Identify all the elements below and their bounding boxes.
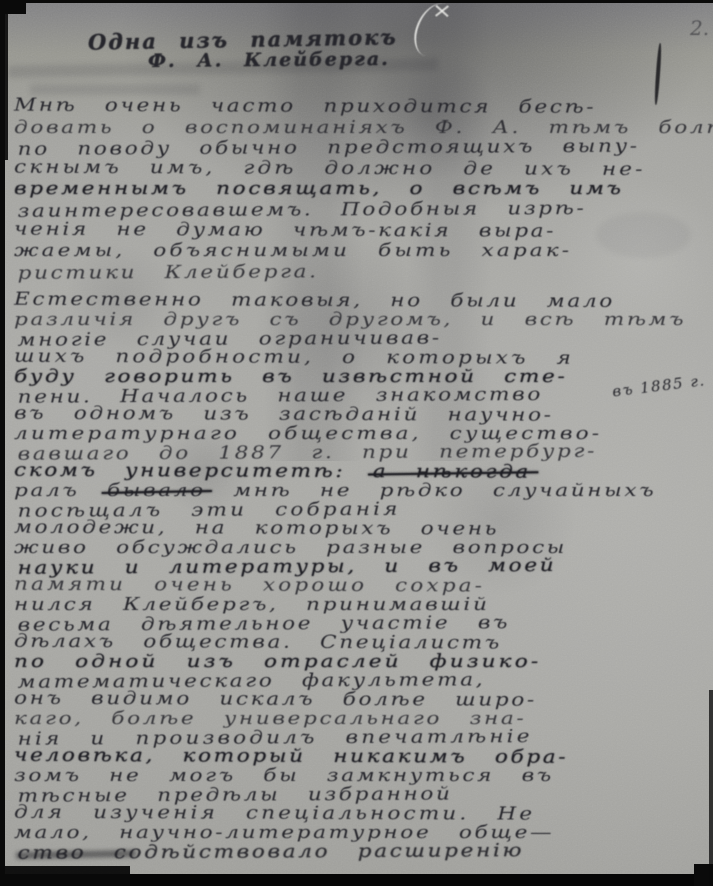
- manuscript-line: зомъ не могъ бы замкнуться въ: [14, 766, 686, 785]
- manuscript-title-line2: Ф. А. Клейберга.: [148, 48, 390, 72]
- manuscript-paragraph-1: Мнѣ очень часто приходится бесѣ-довать о…: [14, 97, 713, 282]
- manuscript-line: ралъ бывало мнѣ не рѣдко случайныхъ: [14, 481, 686, 500]
- manuscript-line: Мнѣ очень часто приходится бесѣ-: [14, 96, 713, 119]
- manuscript-line: жаемы, объяснимыми быть харак-: [14, 241, 713, 262]
- manuscript-photo-page: Одна изъ памятокъ Ф. А. Клейберга. Мнѣ о…: [0, 0, 713, 886]
- manuscript-line: каго, болѣе универсальнаго зна-: [14, 709, 686, 728]
- struck-text: бывало: [107, 480, 206, 501]
- manuscript-line: въ одномъ изъ засѣданій научно-: [14, 404, 686, 425]
- manuscript-line: скомъ университетѣ: а нѣкогда: [14, 461, 686, 482]
- photo-border-right: [709, 690, 713, 886]
- manuscript-line: скнымъ имъ, гдѣ должно де ихъ не-: [14, 157, 713, 180]
- manuscript-line: по одной изъ отраслей физико-: [14, 652, 686, 671]
- manuscript-line: человѣка, который никакимъ обра-: [14, 746, 686, 767]
- manuscript-line: памяти очень хорошо сохра-: [14, 575, 686, 596]
- manuscript-line: ство содѣйствовало расширенію: [18, 840, 687, 862]
- faded-ink-smudge: [30, 84, 200, 95]
- manuscript-line: шихъ подробности, о которыхъ я: [14, 347, 686, 368]
- manuscript-line: различія другъ съ другомъ, и всѣ тѣмъ: [14, 310, 686, 329]
- manuscript-line: Естественно таковыя, но были мало: [14, 290, 686, 311]
- manuscript-line: ченія не думаю чѣмъ-какія выра-: [14, 219, 713, 242]
- pen-stroke-mark: [654, 43, 662, 105]
- manuscript-paragraph-2: Естественно таковыя, но были малоразличі…: [14, 291, 686, 861]
- photo-border-top: [0, 0, 713, 3]
- photo-border-corner: [0, 866, 130, 886]
- manuscript-line: онъ видимо искалъ болѣе широ-: [14, 689, 686, 710]
- struck-text: а нѣкогда: [373, 461, 531, 483]
- white-scratch: [410, 0, 462, 62]
- manuscript-line: ристики Клейберга.: [18, 260, 713, 284]
- manuscript-line: дѣлахъ общества. Спеціалистъ: [14, 632, 686, 653]
- manuscript-line: молодежи, на которыхъ очень: [14, 518, 686, 539]
- manuscript-line: буду говорить въ извѣстной сте-: [14, 367, 686, 386]
- photo-border-left: [0, 0, 8, 160]
- manuscript-line: нился Клейбергъ, принимавшій: [14, 595, 686, 614]
- manuscript-line: временнымъ посвящать, о всѣмъ имъ: [14, 179, 713, 200]
- manuscript-line: для изученія спеціальности. Не: [14, 803, 686, 824]
- page-number-mark: 2.: [690, 16, 709, 40]
- manuscript-line: живо обсуждались разные вопросы: [14, 538, 686, 557]
- manuscript-line: мало, научно-литературное обще—: [14, 823, 686, 842]
